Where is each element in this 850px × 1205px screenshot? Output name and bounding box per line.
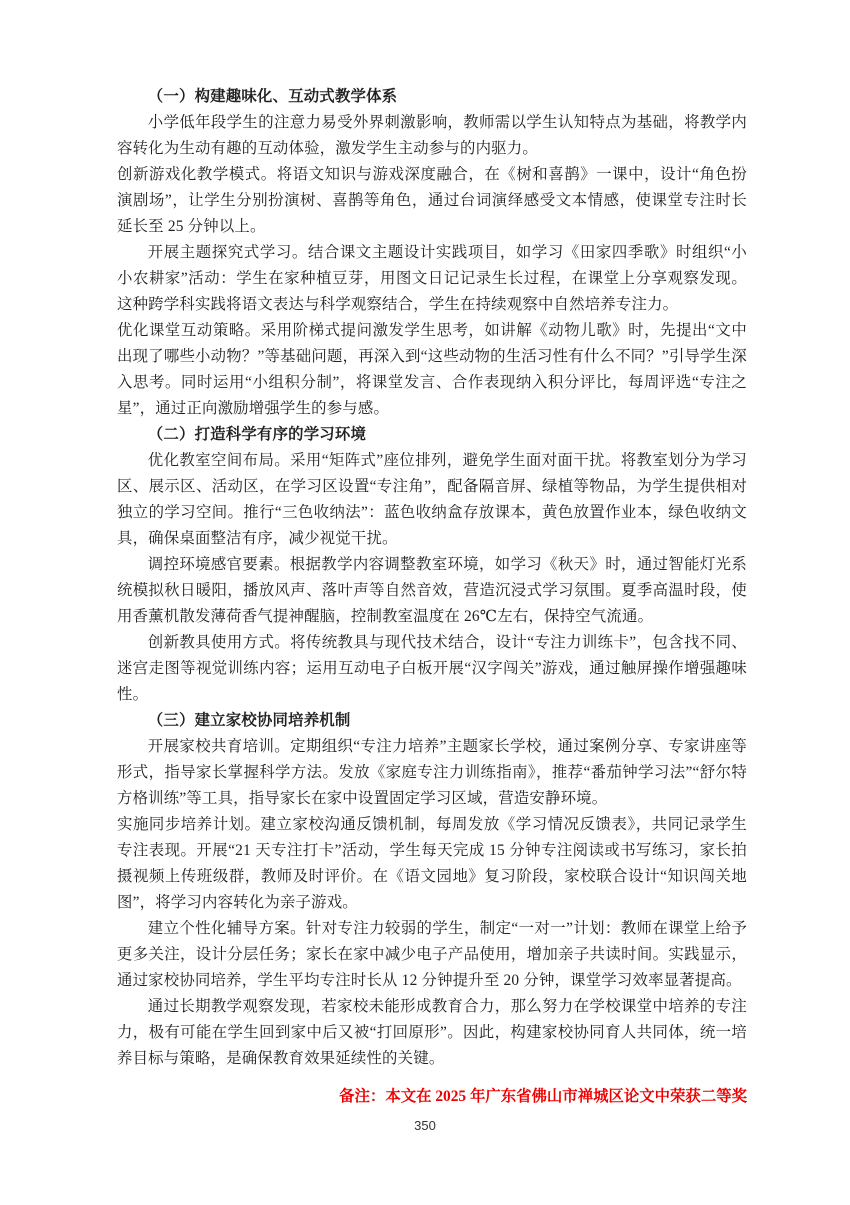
page-number: 350	[0, 1116, 850, 1136]
paragraph: 创新教具使用方式。将传统教具与现代技术结合，设计“专注力训练卡”，包含找不同、迷…	[117, 630, 747, 708]
section-heading-3: （三）建立家校协同培养机制	[117, 708, 747, 734]
paragraph: 开展主题探究式学习。结合课文主题设计实践项目，如学习《田家四季歌》时组织“小小农…	[117, 240, 747, 318]
section-heading-2: （二）打造科学有序的学习环境	[117, 422, 747, 448]
document-page: （一）构建趣味化、互动式教学体系 小学低年段学生的注意力易受外界刺激影响，教师需…	[0, 0, 850, 1205]
paragraph: 实施同步培养计划。建立家校沟通反馈机制，每周发放《学习情况反馈表》，共同记录学生…	[117, 812, 747, 916]
paragraph: 小学低年段学生的注意力易受外界刺激影响，教师需以学生认知特点为基础，将教学内容转…	[117, 110, 747, 162]
paragraph: 调控环境感官要素。根据教学内容调整教室环境，如学习《秋天》时，通过智能灯光系统模…	[117, 552, 747, 630]
paragraph: 优化教室空间布局。采用“矩阵式”座位排列，避免学生面对面干扰。将教室划分为学习区…	[117, 448, 747, 552]
document-body: （一）构建趣味化、互动式教学体系 小学低年段学生的注意力易受外界刺激影响，教师需…	[117, 84, 747, 1110]
paragraph: 建立个性化辅导方案。针对专注力较弱的学生，制定“一对一”计划：教师在课堂上给予更…	[117, 916, 747, 994]
paragraph: 优化课堂互动策略。采用阶梯式提问激发学生思考，如讲解《动物儿歌》时，先提出“文中…	[117, 318, 747, 422]
paragraph: 创新游戏化教学模式。将语文知识与游戏深度融合，在《树和喜鹊》一课中，设计“角色扮…	[117, 162, 747, 240]
paragraph: 开展家校共育培训。定期组织“专注力培养”主题家长学校，通过案例分享、专家讲座等形…	[117, 734, 747, 812]
award-note: 备注：本文在 2025 年广东省佛山市禅城区论文中荣获二等奖	[117, 1084, 747, 1110]
paragraph: 通过长期教学观察发现，若家校未能形成教育合力，那么努力在学校课堂中培养的专注力，…	[117, 994, 747, 1072]
section-heading-1: （一）构建趣味化、互动式教学体系	[117, 84, 747, 110]
